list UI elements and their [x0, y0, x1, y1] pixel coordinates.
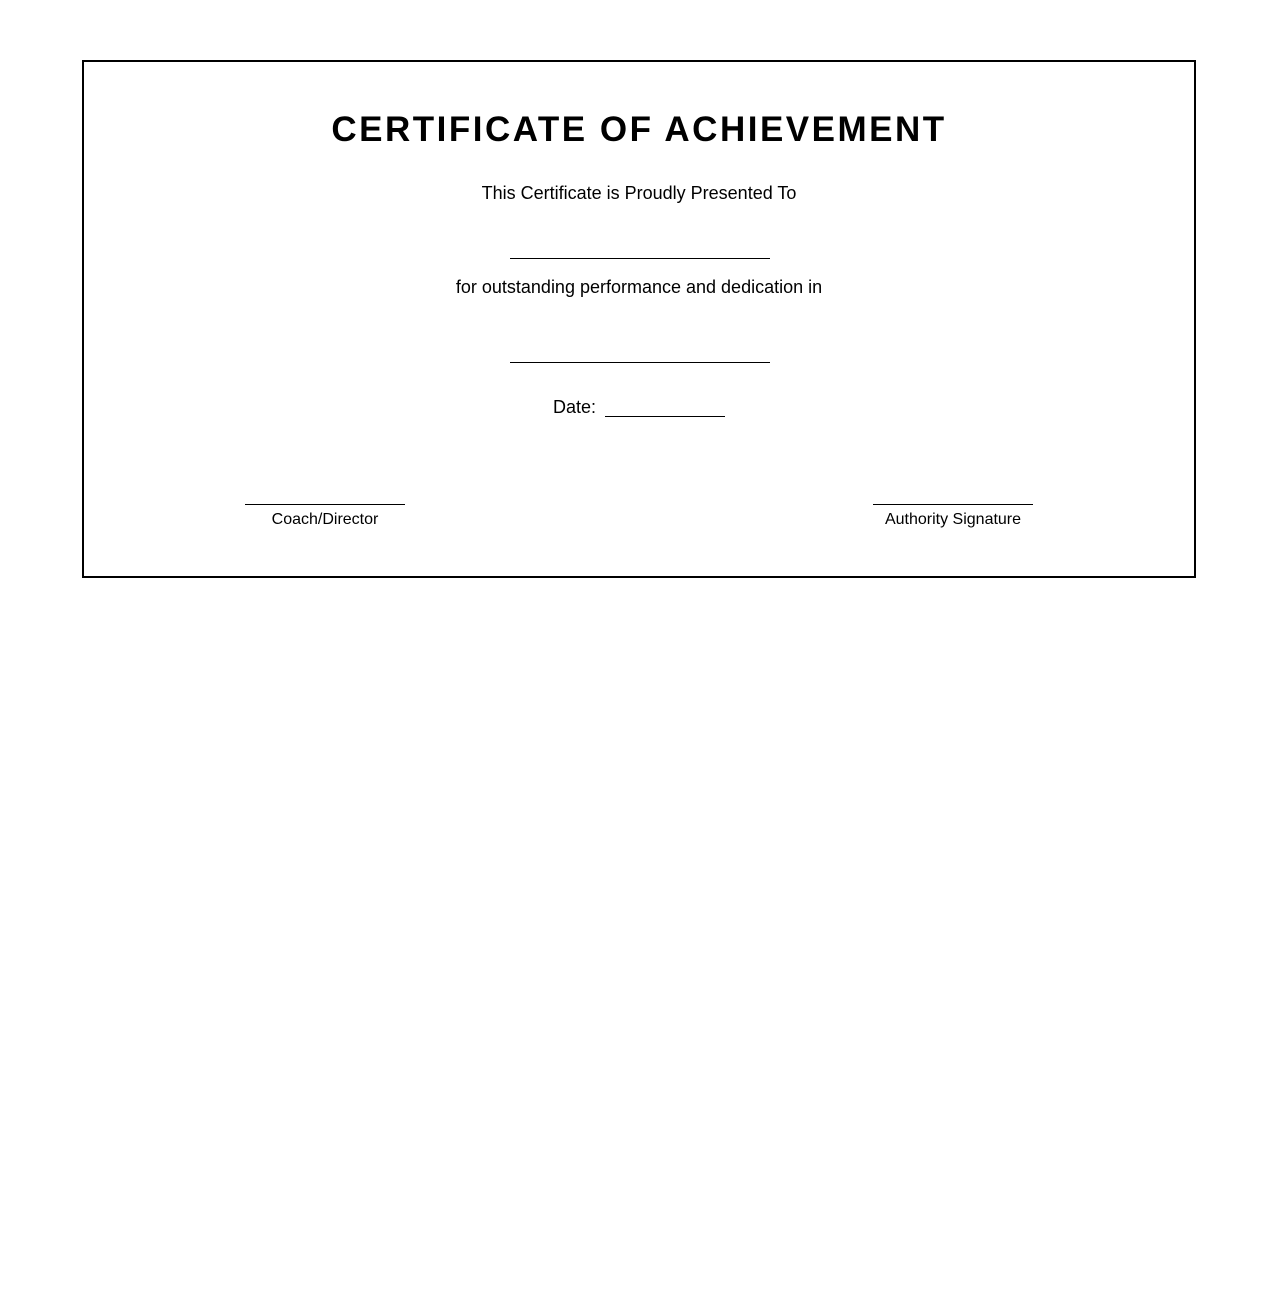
signature-coach: Coach/Director [245, 504, 405, 530]
signature-label: Authority Signature [873, 510, 1033, 530]
achievement-text: for outstanding performance and dedicati… [84, 276, 1194, 298]
signature-authority: Authority Signature [873, 504, 1033, 530]
certificate-frame: CERTIFICATE OF ACHIEVEMENT This Certific… [82, 60, 1196, 578]
date-label: Date: [553, 397, 596, 417]
recipient-name-line [510, 258, 770, 259]
presented-to-text: This Certificate is Proudly Presented To [84, 182, 1194, 204]
achievement-field-line [510, 362, 770, 363]
certificate-title: CERTIFICATE OF ACHIEVEMENT [84, 110, 1194, 150]
date-blank-line [605, 396, 725, 417]
signature-line [873, 504, 1033, 505]
signature-label: Coach/Director [245, 510, 405, 530]
date-row: Date: [84, 396, 1194, 418]
signature-line [245, 504, 405, 505]
